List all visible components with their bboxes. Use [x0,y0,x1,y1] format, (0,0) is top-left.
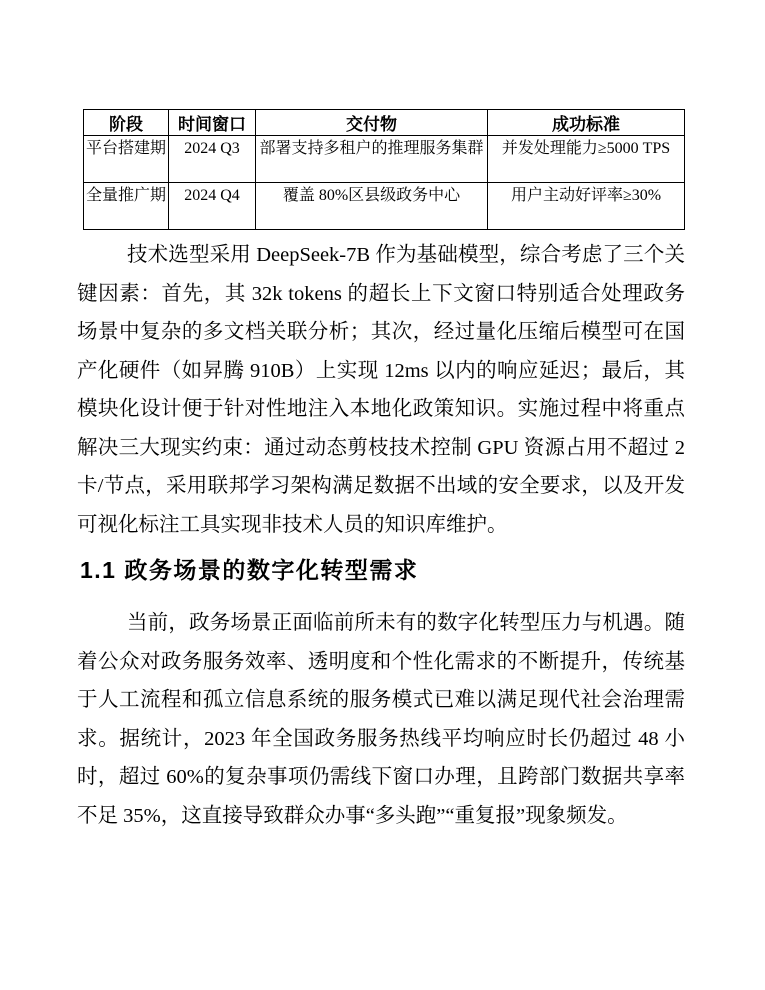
table-cell-phase: 全量推广期 [84,183,169,230]
table-cell-time-window: 2024 Q4 [169,183,256,230]
table-row: 全量推广期 2024 Q4 覆盖 80%区县级政务中心 用户主动好评率≥30% [84,183,685,230]
section-heading-1-1: 1.1 政务场景的数字化转型需求 [80,554,418,586]
table-header-deliverable: 交付物 [256,110,488,136]
table-header-success-criteria: 成功标准 [488,110,685,136]
table-header-time-window: 时间窗口 [169,110,256,136]
table-cell-success-criteria: 并发处理能力≥5000 TPS [488,136,685,183]
table-cell-deliverable: 部署支持多租户的推理服务集群 [256,136,488,183]
milestone-table: 阶段 时间窗口 交付物 成功标准 平台搭建期 2024 Q3 部署支持多租户的推… [83,109,685,230]
paragraph-tech-selection: 技术选型采用 DeepSeek-7B 作为基础模型，综合考虑了三个关键因素：首先… [77,236,685,544]
table-header-phase: 阶段 [84,110,169,136]
table-cell-deliverable: 覆盖 80%区县级政务中心 [256,183,488,230]
document-page: 阶段 时间窗口 交付物 成功标准 平台搭建期 2024 Q3 部署支持多租户的推… [0,0,765,990]
table-row: 平台搭建期 2024 Q3 部署支持多租户的推理服务集群 并发处理能力≥5000… [84,136,685,183]
table-header-row: 阶段 时间窗口 交付物 成功标准 [84,110,685,136]
paragraph-digital-transformation-need: 当前，政务场景正面临前所未有的数字化转型压力与机遇。随着公众对政务服务效率、透明… [77,604,685,835]
table-cell-success-criteria: 用户主动好评率≥30% [488,183,685,230]
table-cell-phase: 平台搭建期 [84,136,169,183]
table-cell-time-window: 2024 Q3 [169,136,256,183]
